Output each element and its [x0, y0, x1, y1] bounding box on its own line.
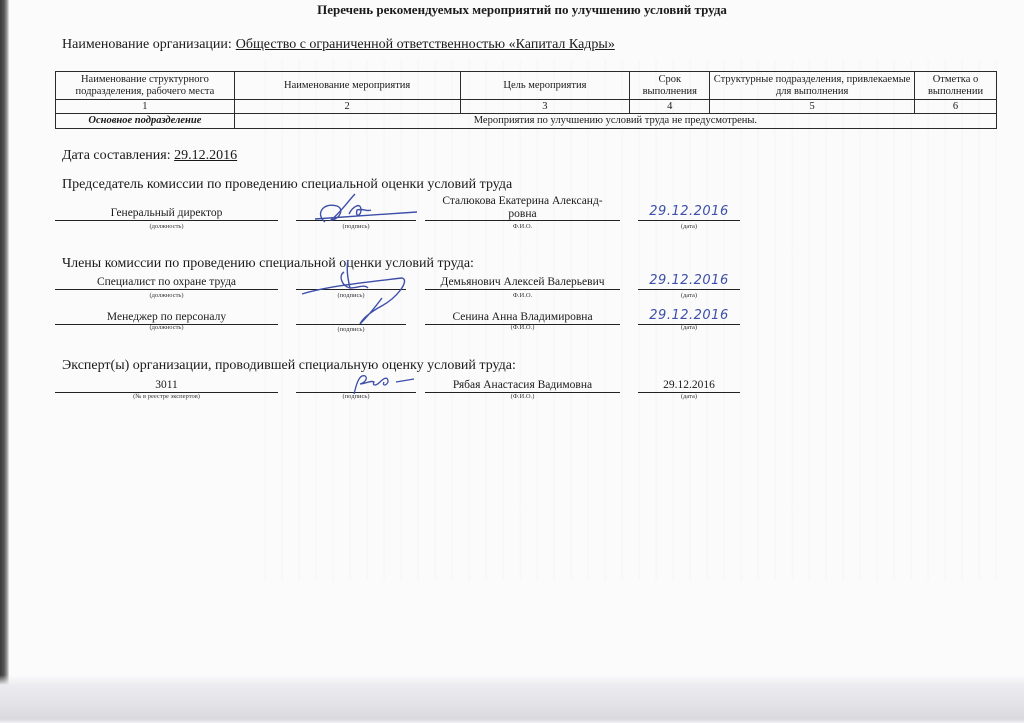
column-number: 1 [56, 100, 235, 114]
compile-date-label: Дата составления: [62, 148, 171, 163]
signature-caption: (подпись) [296, 326, 406, 333]
chairman-name-line1: Сталюкова Екатерина Александ- [442, 195, 602, 207]
member-name: Сенина Анна Владимировна [425, 311, 620, 324]
member-position: Специалист по охране труда [55, 276, 278, 289]
expert-name: Рябая Анастасия Вадимовна [425, 379, 620, 392]
date-line [638, 220, 740, 221]
compile-date-value: 29.12.2016 [174, 148, 237, 163]
name-line [425, 220, 620, 221]
date-caption: (дата) [638, 324, 740, 331]
date-caption: (дата) [638, 223, 740, 230]
header-involved-departments: Структурные подразделения, привлекаемые … [710, 72, 915, 100]
scan-edge-left [0, 0, 9, 723]
column-number: 6 [915, 100, 997, 114]
compile-date: Дата составления: 29.12.2016 [62, 148, 237, 164]
date-caption: (дата) [638, 292, 740, 299]
header-completion-mark: Отметка о выполнении [915, 72, 997, 100]
registry-caption: (№ в реестре экспертов) [55, 393, 278, 400]
name-line [425, 289, 620, 290]
signature-line [296, 324, 406, 325]
document-title: Перечень рекомендуемых мероприятий по ул… [0, 2, 1024, 18]
header-measure-goal: Цель мероприятия [460, 72, 630, 100]
member-signature [298, 258, 418, 328]
position-caption: (должность) [55, 324, 278, 331]
name-caption: Ф.И.О. [425, 223, 620, 230]
position-caption: (должность) [55, 292, 278, 299]
member-name: Демьянович Алексей Валерьевич [425, 276, 620, 289]
expert-registry-number: 3011 [55, 379, 278, 392]
column-numbers-row: 1 2 3 4 5 6 [56, 100, 997, 114]
name-caption: Ф.И.О. [425, 292, 620, 299]
organization-label: Наименование организации: [62, 37, 232, 52]
header-measure-name: Наименование мероприятия [234, 72, 460, 100]
scan-edge-bottom [0, 675, 1024, 723]
header-department: Наименование структурного подразделения,… [56, 72, 235, 100]
organization-name: Общество с ограниченной ответственностью… [236, 37, 615, 52]
column-number: 4 [630, 100, 710, 114]
name-caption: (Ф.И.О.) [425, 324, 620, 331]
expert-signature [348, 372, 418, 398]
organization-line: Наименование организации:Общество с огра… [62, 37, 615, 53]
column-number: 2 [234, 100, 460, 114]
expert-date: 29.12.2016 [638, 379, 740, 392]
chairman-name: Сталюкова Екатерина Александ- ровна [425, 195, 620, 221]
date-line [638, 289, 740, 290]
position-line [55, 220, 278, 221]
column-number: 3 [460, 100, 630, 114]
no-measures-note: Мероприятия по улучшению условий труда н… [234, 114, 996, 129]
chairman-name-line2: ровна [508, 208, 536, 220]
chairman-position: Генеральный директор [55, 207, 278, 220]
member-position: Менеджер по персоналу [55, 311, 278, 324]
position-caption: (должность) [55, 223, 278, 230]
chairman-heading: Председатель комиссии по проведению спец… [62, 177, 512, 193]
member-handwritten-date: 29.12.2016 [638, 273, 740, 288]
chairman-signature [305, 192, 420, 230]
expert-heading: Эксперт(ы) организации, проводившей спец… [62, 358, 516, 374]
member-handwritten-date: 29.12.2016 [638, 308, 740, 323]
chairman-handwritten-date: 29.12.2016 [638, 204, 740, 219]
department-cell: Основное подразделение [56, 114, 235, 129]
measures-table: Наименование структурного подразделения,… [55, 71, 997, 129]
column-number: 5 [710, 100, 915, 114]
position-line [55, 289, 278, 290]
date-caption: (дата) [638, 393, 740, 400]
header-deadline: Срок выполнения [630, 72, 710, 100]
table-header-row: Наименование структурного подразделения,… [56, 72, 997, 100]
name-caption: (Ф.И.О.) [425, 393, 620, 400]
table-row: Основное подразделение Мероприятия по ул… [56, 114, 997, 129]
